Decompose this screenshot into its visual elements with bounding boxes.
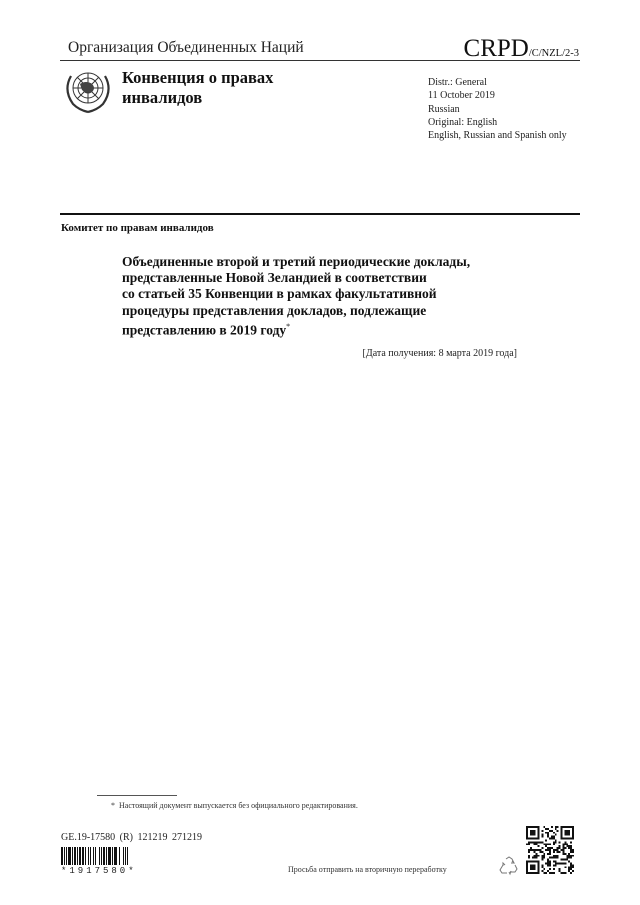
distr-label: Distr.: General xyxy=(428,76,567,89)
un-emblem-icon xyxy=(62,66,114,114)
committee-name: Комитет по правам инвалидов xyxy=(61,222,214,234)
title-line: представленные Новой Зеландией в соответ… xyxy=(122,270,522,286)
treaty-body-title-line: Конвенция о правах xyxy=(122,68,273,88)
title-line: Объединенные второй и третий периодическ… xyxy=(122,254,522,270)
qr-code-icon xyxy=(526,826,574,874)
title-line: процедуры представления докладов, подлеж… xyxy=(122,303,522,319)
document-title: Объединенные второй и третий периодическ… xyxy=(122,254,522,339)
date-received: [Дата получения: 8 марта 2019 года] xyxy=(363,348,517,359)
barcode-icon xyxy=(61,847,153,865)
job-number: GE.19-17580 (R) 121219 271219 xyxy=(61,832,202,843)
footnote: * Настоящий документ выпускается без офи… xyxy=(111,801,358,810)
languages-only: English, Russian and Spanish only xyxy=(428,129,567,142)
footnote-rule xyxy=(97,795,177,796)
symbol-main: CRPD xyxy=(464,35,529,62)
footnote-reference[interactable]: * xyxy=(286,322,290,331)
symbol-sub: /C/NZL/2-3 xyxy=(529,48,579,59)
original-language: Original: English xyxy=(428,116,567,129)
title-line: представлению в 2019 году* xyxy=(122,319,522,339)
treaty-body-title: Конвенция о правах инвалидов xyxy=(122,68,273,108)
footnote-text: Настоящий документ выпускается без офици… xyxy=(119,801,358,810)
recycle-icon xyxy=(498,855,520,877)
barcode-number: *1917580* xyxy=(61,866,137,876)
header-rule xyxy=(60,60,580,61)
treaty-body-title-line: инвалидов xyxy=(122,88,273,108)
document-language: Russian xyxy=(428,103,567,116)
document-symbol: CRPD/C/NZL/2-3 xyxy=(464,35,579,63)
title-line: со статьей 35 Конвенции в рамках факульт… xyxy=(122,286,522,302)
recycle-text: Просьба отправить на вторичную переработ… xyxy=(288,865,447,874)
organization-name: Организация Объединенных Наций xyxy=(68,39,304,57)
title-line-text: представлению в 2019 году xyxy=(122,322,286,337)
issue-date: 11 October 2019 xyxy=(428,89,567,102)
section-rule xyxy=(60,213,580,215)
distribution-block: Distr.: General 11 October 2019 Russian … xyxy=(428,76,567,142)
footnote-mark: * xyxy=(111,801,115,810)
